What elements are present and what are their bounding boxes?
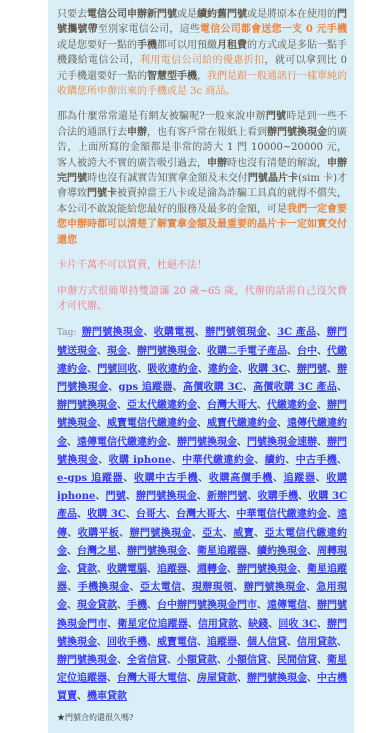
paragraph-warning-scams: 那為什麼常常還是有網友被騙呢?一般來說申辦門號時是到一些不合法的通訊行去申辦，也… — [57, 109, 347, 248]
tag-cloud: Tag:辦門號換現金、收購電視、辦門號領現金、3C 產品、辦門號送現金、現金、辦… — [57, 324, 347, 600]
tag-link[interactable]: 新辦門號 — [207, 491, 248, 502]
tag-separator: 、 — [67, 546, 77, 557]
tag-link[interactable]: 辦門號 — [297, 364, 327, 375]
tag-label: Tag: — [57, 328, 76, 338]
tag-link[interactable]: 辦門號換現金 — [136, 491, 197, 502]
tag-link[interactable]: 台中 — [297, 346, 317, 357]
tag-link[interactable]: 門號回收 — [97, 364, 137, 375]
tag-separator: 、 — [97, 346, 107, 357]
tag-separator: 、 — [197, 491, 207, 502]
tag-separator: 、 — [277, 418, 287, 429]
text-segment: 門號晶片卡 — [248, 173, 298, 184]
tag-separator: 、 — [67, 564, 77, 575]
text-segment: 辦門號換現金 — [267, 127, 327, 138]
tag-link[interactable]: 威寶 — [233, 528, 254, 539]
tag-separator: 、 — [267, 327, 277, 338]
tag-separator: 、 — [197, 400, 207, 411]
text-segment: 時也沒有清楚的解說， — [227, 158, 327, 169]
tag-separator: 、 — [117, 400, 127, 411]
text-segment: 申辦 — [127, 127, 147, 138]
tag-link[interactable]: 收購中古手機 — [134, 473, 198, 484]
tag-link[interactable]: 手機換現金 — [78, 582, 130, 593]
tag-separator: 、 — [306, 582, 316, 593]
tag-separator: 、 — [127, 346, 137, 357]
tag-separator: 、 — [97, 418, 107, 429]
tag-separator: 、 — [285, 455, 295, 466]
tag-separator: 、 — [108, 382, 118, 393]
tag-separator: 、 — [233, 582, 243, 593]
tag-link[interactable]: 收購高價手機 — [209, 473, 273, 484]
tag-separator: 、 — [257, 400, 267, 411]
text-segment: 智慧型手機 — [147, 71, 197, 82]
text-segment: 申辦新門號 — [127, 9, 177, 20]
tag-link[interactable]: 辦門號換現金 — [137, 346, 197, 357]
text-segment: 電信公司 — [87, 9, 127, 20]
tag-separator: 、 — [254, 455, 264, 466]
tag-separator: 、 — [143, 327, 153, 338]
tag-separator: 、 — [181, 582, 191, 593]
tag-separator: 、 — [238, 364, 248, 375]
tag-separator: 、 — [167, 437, 177, 448]
text-segment: 手機 — [137, 40, 157, 51]
tag-separator: 、 — [173, 382, 183, 393]
tag-separator: 、 — [327, 364, 337, 375]
tag-link[interactable]: 辦門號換現金 — [57, 400, 117, 411]
tag-separator: 、 — [237, 437, 247, 448]
tag-link[interactable]: 現辦現領 — [192, 582, 233, 593]
tag-link[interactable]: 收購 3C — [248, 364, 287, 375]
notice-no-card-trading: 卡片千萬不可以買賣，杜絕不法！ — [57, 258, 347, 273]
tag-link[interactable]: 追蹤器 — [157, 564, 187, 575]
tag-separator: 、 — [316, 327, 326, 338]
tag-separator: 、 — [317, 400, 327, 411]
text-segment: 或是將原本在使用的 — [247, 9, 337, 20]
tag-separator: 、 — [197, 346, 207, 357]
tag-link[interactable]: 亞太代繳違約金 — [127, 400, 197, 411]
tag-link[interactable]: 門號 — [106, 491, 126, 502]
text-segment: 申辦 — [207, 158, 227, 169]
tag-separator: 、 — [297, 564, 307, 575]
tag-separator: 、 — [187, 564, 197, 575]
tag-separator: 、 — [247, 546, 257, 557]
tag-separator: 、 — [273, 473, 284, 484]
tag-link[interactable]: 違約金 — [208, 364, 238, 375]
tag-link[interactable]: 威寶代繳違約金 — [207, 418, 277, 429]
text-segment: ，也有客戶常在報紙上看到 — [147, 127, 267, 138]
text-segment: ， — [197, 71, 207, 82]
tag-separator: 、 — [126, 491, 136, 502]
text-segment: 時也沒有誠實告知實拿金額及未交付 — [87, 173, 248, 184]
tag-separator: 、 — [298, 491, 308, 502]
tag-link[interactable]: 追蹤器 — [284, 473, 316, 484]
tag-separator: 、 — [67, 582, 77, 593]
text-segment: 都可以用預繳 — [157, 40, 217, 51]
tag-separator: 、 — [137, 364, 147, 375]
tag-link[interactable]: 台哥大 — [136, 509, 166, 520]
tag-link[interactable]: 亞太 — [202, 528, 223, 539]
tag-link[interactable]: 週轉金 — [197, 564, 227, 575]
tag-link[interactable]: 台灣大哥大 — [207, 400, 257, 411]
paragraph-intro: 只要去電信公司申辦新門號或是續約舊門號或是將原本在使用的門號攜號帶至別家電信公司… — [57, 7, 347, 99]
tag-separator: 、 — [287, 346, 297, 357]
tag-link[interactable]: 威寶電信代繳違約金 — [107, 418, 197, 429]
tag-separator: 、 — [119, 528, 129, 539]
tag-link[interactable]: 續約換現金 — [257, 546, 307, 557]
tag-separator: 、 — [317, 437, 327, 448]
tag-separator: 、 — [87, 364, 97, 375]
text-segment: 電信公司都會送您一支 0 元手機 — [200, 24, 347, 35]
tag-separator: 、 — [223, 528, 233, 539]
tag-separator: 、 — [147, 564, 157, 575]
tag-separator: 、 — [307, 546, 317, 557]
tag-separator: 、 — [117, 546, 127, 557]
tag-separator: 、 — [123, 473, 134, 484]
tag-link[interactable]: 辦門號領現金 — [205, 327, 267, 338]
tag-link[interactable]: 3C 產品 — [277, 327, 316, 338]
tag-link[interactable]: 收購二手電子產品 — [207, 346, 287, 357]
tag-link[interactable]: 辦門號換現金 — [244, 582, 306, 593]
tag-link[interactable]: 收購電視 — [154, 327, 195, 338]
tag-link[interactable]: e-gps 追蹤器 — [57, 473, 123, 484]
tag-separator: 、 — [317, 346, 327, 357]
tag-separator: 、 — [337, 455, 347, 466]
text-segment: 利用電信公司給的優惠折扣 — [140, 55, 264, 66]
tag-link[interactable]: 收購 3C — [87, 509, 126, 520]
tag-separator: 、 — [126, 509, 136, 520]
tag-link[interactable]: 現金 — [107, 346, 127, 357]
tag-link[interactable]: 辦門號換現金 — [177, 437, 237, 448]
notice-apply-requirements: 申辦方式很簡單持雙證滿 20 歲~65 歲，代辦的話需自己沒欠費才可代辦。 — [57, 284, 347, 315]
tag-link[interactable]: 中古手機 — [296, 455, 337, 466]
tag-link[interactable]: 辦門號換現金 — [130, 528, 192, 539]
tag-link[interactable]: 貸款 — [77, 564, 97, 575]
tag-link[interactable]: 收購平板 — [78, 528, 119, 539]
tag-link[interactable]: 辦門號換現金 — [237, 564, 297, 575]
text-segment: 月租費 — [217, 40, 247, 51]
tag-link[interactable]: 收購手機 — [258, 491, 299, 502]
tag-separator: 、 — [95, 491, 105, 502]
tag-separator: 、 — [77, 509, 87, 520]
tag-separator: 、 — [337, 382, 347, 393]
tag-link[interactable]: 衛星追蹤器 — [197, 546, 247, 557]
tag-separator: 、 — [287, 364, 297, 375]
tag-separator: 、 — [226, 509, 236, 520]
tag-link[interactable]: 中華電信代繳違約金 — [236, 509, 327, 520]
tag-link[interactable]: 中華代繳違約金 — [182, 455, 254, 466]
tag-separator: 、 — [97, 564, 107, 575]
tag-link[interactable]: 遠傳電信代繳違約金 — [77, 437, 167, 448]
tag-separator: 、 — [197, 418, 207, 429]
tag-separator: 、 — [192, 528, 202, 539]
tag-link[interactable]: 高價收購 3C 產品 — [253, 382, 337, 393]
tag-link[interactable]: 台灣之星 — [77, 546, 117, 557]
tag-link[interactable]: 辦門號換現金 — [127, 546, 187, 557]
tag-separator: 、 — [243, 382, 254, 393]
tag-separator: 、 — [67, 437, 77, 448]
tag-link[interactable]: 門號換現金速辦 — [247, 437, 317, 448]
tag-separator: 、 — [171, 455, 182, 466]
tag-separator: 、 — [198, 364, 208, 375]
tag-separator: 、 — [98, 455, 108, 466]
tag-separator: 、 — [187, 546, 197, 557]
tag-separator: 、 — [247, 491, 257, 502]
tag-separator: 、 — [254, 528, 264, 539]
tag-link[interactable]: 收購電腦 — [107, 564, 147, 575]
tag-separator: 、 — [195, 327, 205, 338]
tag-link[interactable]: 收購 iphone — [109, 455, 172, 466]
tag-separator: 、 — [316, 473, 327, 484]
tag-separator: 、 — [130, 582, 140, 593]
tag-separator: 、 — [227, 564, 237, 575]
text-segment: 或是 — [177, 9, 197, 20]
tag-link[interactable]: 代繳違約金 — [267, 400, 317, 411]
text-segment: 那為什麼常常還是有網友被騙呢?一般來說申辦 — [57, 111, 266, 122]
tag-separator: 、 — [67, 528, 77, 539]
tag-link[interactable]: 高價收購 3C — [183, 382, 243, 393]
tag-separator: 、 — [198, 473, 209, 484]
tag-link[interactable]: 亞太電信 — [140, 582, 181, 593]
text-segment: 門號卡 — [87, 188, 117, 199]
tag-separator: 、 — [327, 509, 337, 520]
text-segment: 至別家電信公司，這些 — [98, 24, 200, 35]
tag-link[interactable]: 台灣大哥大 — [176, 509, 226, 520]
text-segment: 續約舊門號 — [197, 9, 247, 20]
text-segment: 門號 — [266, 111, 286, 122]
text-segment: 或是您要好一點的 — [57, 40, 137, 51]
tag-link[interactable]: gps 追蹤器 — [119, 382, 173, 393]
tag-link[interactable]: 吸收違約金 — [148, 364, 198, 375]
tag-separator: 、 — [166, 509, 176, 520]
text-segment: 只要去 — [57, 9, 87, 20]
article-body: 只要去電信公司申辦新門號或是續約舊門號或是將原本在使用的門號攜號帶至別家電信公司… — [48, 0, 354, 600]
tag-link[interactable]: 辦門號換現金 — [81, 327, 143, 338]
tag-link[interactable]: 續約 — [265, 455, 286, 466]
